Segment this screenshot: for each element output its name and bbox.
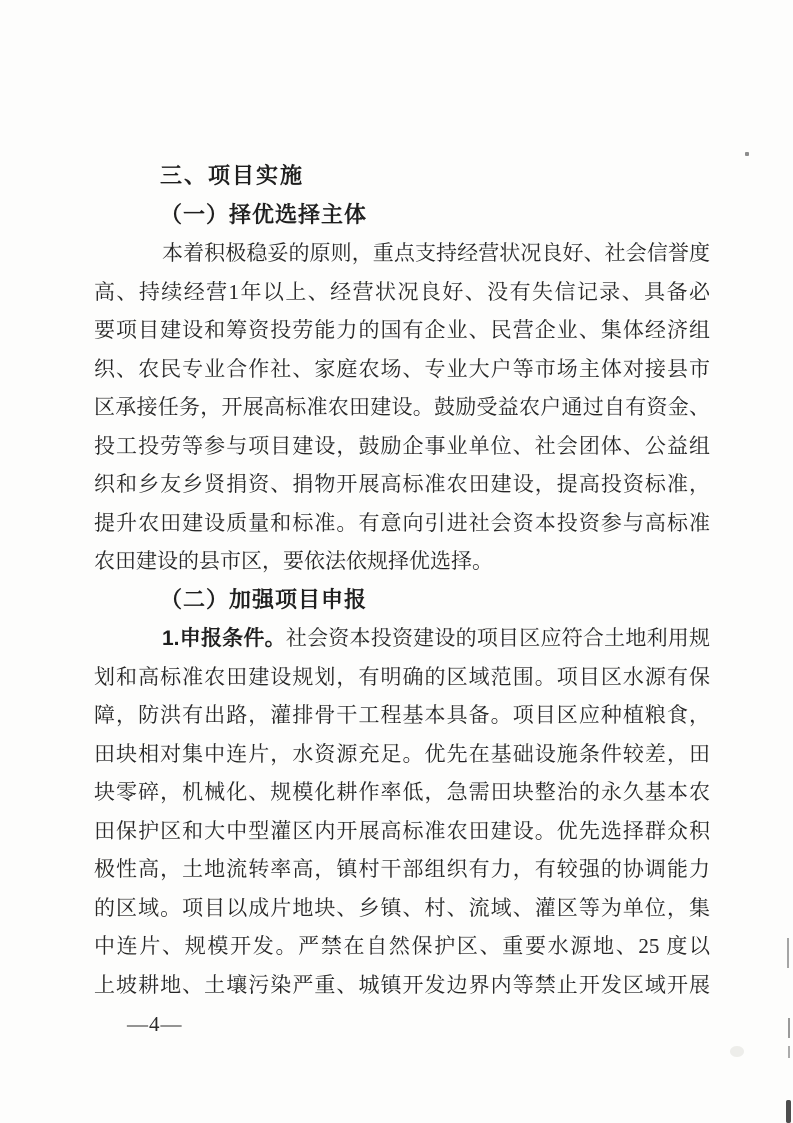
document-body: 三、项目实施 （一）择优选择主体 本着积极稳妥的原则，重点支持经营状况良好、社会… — [94, 157, 710, 1004]
scan-artifact-edge-mark — [787, 938, 789, 968]
scan-artifact-dot — [745, 152, 749, 156]
body-text-line: 本着积极稳妥的原则，重点支持经营状况良好、社会信誉度 — [94, 234, 710, 273]
body-text-line: 1.申报条件。社会资本投资建设的项目区应符合土地利用规 — [94, 619, 710, 658]
body-text-line: 织和乡友乡贤捐资、捐物开展高标准农田建设，提高投资标准， — [94, 465, 710, 504]
body-text-line: 农田建设的县市区，要依法依规择优选择。 — [94, 542, 710, 581]
body-text-line: 区承接任务，开展高标准农田建设。鼓励受益农户通过自有资金、 — [94, 388, 710, 427]
body-text-line: 投工投劳等参与项目建设，鼓励企事业单位、社会团体、公益组 — [94, 427, 710, 466]
body-text-line: 织、农民专业合作社、家庭农场、专业大户等市场主体对接县市 — [94, 350, 710, 389]
body-text-line: 提升农田建设质量和标准。有意向引进社会资本投资参与高标准 — [94, 504, 710, 543]
section-heading: 三、项目实施 — [94, 157, 710, 196]
numbered-item-lead: 1.申报条件。 — [162, 627, 286, 650]
scan-artifact-smudge — [730, 1046, 744, 1057]
body-text-line: 划和高标准农田建设规划，有明确的区域范围。项目区水源有保 — [94, 658, 710, 697]
body-text-line: 上坡耕地、土壤污染严重、城镇开发边界内等禁止开发区域开展 — [94, 966, 710, 1005]
scan-artifact-edge-mark — [788, 1018, 790, 1038]
body-text-line: 田保护区和大中型灌区内开展高标准农田建设。优先选择群众积 — [94, 812, 710, 851]
body-text-line: 极性高，土地流转率高，镇村干部组织有力，有较强的协调能力 — [94, 850, 710, 889]
scan-artifact-edge-mark — [786, 1100, 791, 1123]
subsection-heading-2: （二）加强项目申报 — [94, 581, 710, 620]
body-text-line: 障，防洪有出路，灌排骨干工程基本具备。项目区应种植粮食， — [94, 696, 710, 735]
document-page: 三、项目实施 （一）择优选择主体 本着积极稳妥的原则，重点支持经营状况良好、社会… — [0, 0, 793, 1123]
scan-artifact-edge-mark — [788, 1046, 790, 1058]
body-text-segment: 社会资本投资建设的项目区应符合土地利用规 — [286, 626, 710, 650]
body-text-line: 要项目建设和筹资投劳能力的国有企业、民营企业、集体经济组 — [94, 311, 710, 350]
body-text-line: 块零碎，机械化、规模化耕作率低，急需田块整治的永久基本农 — [94, 773, 710, 812]
body-text-line: 高、持续经营1年以上、经营状况良好、没有失信记录、具备必 — [94, 273, 710, 312]
body-text-line: 田块相对集中连片，水资源充足。优先在基础设施条件较差，田 — [94, 735, 710, 774]
body-text-line: 中连片、规模开发。严禁在自然保护区、重要水源地、25 度以 — [94, 927, 710, 966]
body-text-line: 的区域。项目以成片地块、乡镇、村、流域、灌区等为单位，集 — [94, 889, 710, 928]
page-number: —4— — [127, 1005, 183, 1043]
subsection-heading-1: （一）择优选择主体 — [94, 196, 710, 235]
